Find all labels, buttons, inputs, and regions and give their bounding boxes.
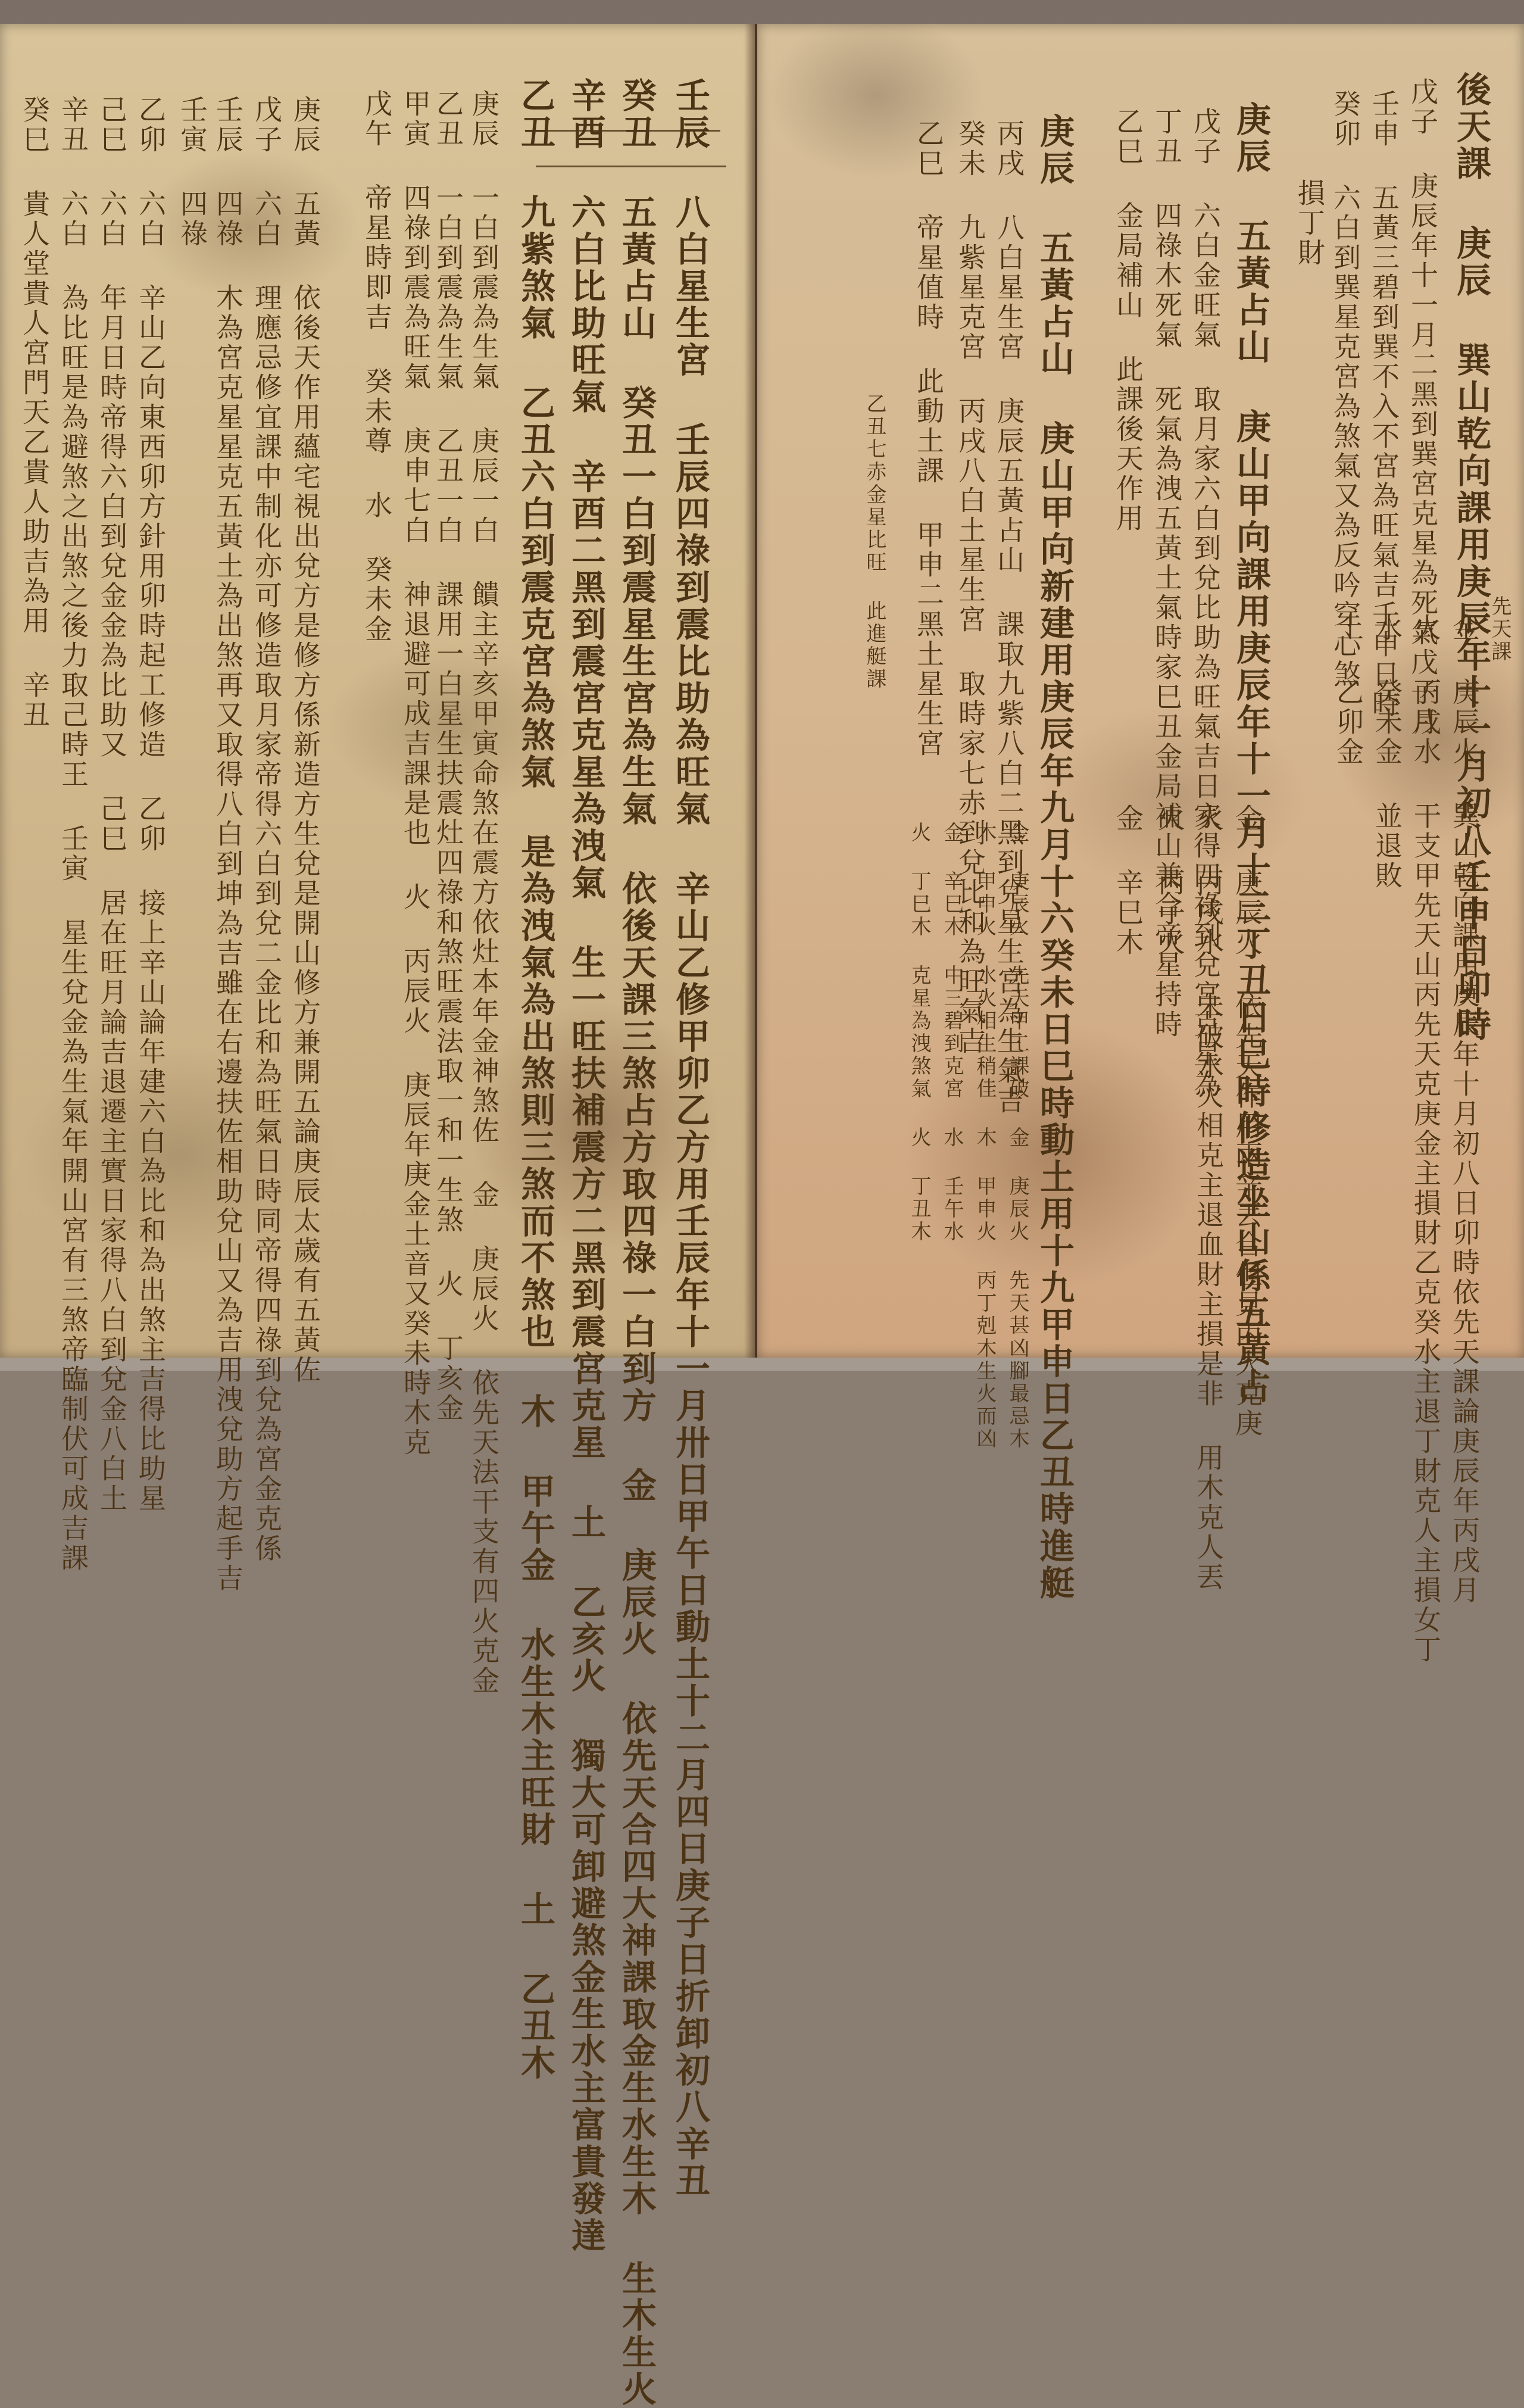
text-column: 火 丙戌水 干支甲先天山丙先天克庚金主損財乙克癸水主退丁財克人主損女丁: [1412, 613, 1439, 1371]
text-column: 金 庚辰火 巽山乾向課用庚辰年十月初八日卯時依先天課論庚辰年丙戌月: [1451, 613, 1478, 1371]
text-column: 甲寅 四祿到震為旺氣 庚申七白 神退避可成吉課是也 火 丙辰火 庚辰年庚金土音又…: [402, 89, 429, 1371]
text-column: 火 丙子火: [1156, 804, 1183, 957]
text-column: 己巳 六白 年月日時帝得六白到兌金金為比助又 己巳 居在旺月論吉退遷主實日家得八…: [98, 95, 126, 1371]
text-column: 金 庚辰火 先天甲工課破 金 庚辰火 先天甚凶腳最忌木: [1007, 822, 1028, 1371]
text-column: 水 癸未金 並退敗: [1373, 613, 1401, 891]
text-column: 辛丑 六白 為比旺是為避煞之出煞之後力取己時王 壬寅 星生兌金為生氣年開山宮有三…: [60, 95, 87, 1371]
text-column: 壬辰 四祿 木為宮克星星克五黃土為出煞再又取得八白到坤為吉雖在右邊扶佐相助兌山又…: [214, 95, 242, 1371]
text-column: 乙丑七赤金星比旺 此進艇課: [864, 393, 885, 691]
text-column: 庚辰 五黃占山 庚山甲向新建用庚辰年九月十六癸未日巳時動土用十九甲申日乙丑時進艇: [1037, 113, 1072, 1371]
text-column: 壬辰 八白星生宮 壬辰四祿到震比助為旺氣 辛山乙修甲卯乙方用壬辰年十一月卅日甲午…: [673, 77, 707, 1371]
text-column: 癸巳 貴人堂貴人宮門天乙貴人助吉為用 辛丑: [21, 95, 48, 730]
text-column: 金 辛巳木: [1114, 804, 1142, 957]
text-column: 金 庚辰火 依先天作用兩辛丟合但見丙火克庚: [1233, 804, 1261, 1371]
strikethrough-line: [536, 130, 720, 132]
text-column: 辛酉 六白比助旺氣 辛酉二黑到震宮克星為洩氣 生一旺扶補震方二黑到震宮克星 土 …: [569, 77, 603, 1371]
text-column: 戊午 帝星時即吉 癸未尊 水 癸未金: [363, 89, 391, 644]
text-column: 庚辰 一白到震為生氣 庚辰一白 饋主辛亥甲寅命煞在震方依灶本年金神煞佐 金 庚辰…: [470, 89, 498, 1371]
manuscript-spread: 壬辰 八白星生宮 壬辰四祿到震比助為旺氣 辛山乙修甲卯乙方用壬辰年十一月卅日甲午…: [0, 0, 1524, 1371]
text-column: 乙巳 金局補山 此課後天作用: [1114, 107, 1142, 534]
text-column: 乙丑 九紫煞氣 乙丑六白到震克宮為煞氣 是為洩氣為出煞則三煞而不煞也 木 甲午金…: [518, 77, 552, 1371]
text-column: 損丁財: [1296, 179, 1323, 268]
text-column: 火 丁巳木 克星為洩煞氣 火 丁丑木: [909, 822, 929, 1243]
left-page: 壬辰 八白星生宮 壬辰四祿到震比助為旺氣 辛山乙修甲卯乙方用壬辰年十一月卅日甲午…: [0, 24, 757, 1358]
text-column: 土 乙卯金: [1335, 613, 1362, 767]
text-column: 癸丑 五黃占山 癸丑一白到震星生宮為生氣 依後天課三煞占方取四祿一白到方 金 庚…: [619, 77, 654, 1371]
section-title: 先天課: [1489, 595, 1510, 663]
text-column: 木 甲申火 水火相生稍佳 木 甲申火 丙丁剋木生火而凶: [975, 822, 995, 1371]
text-column: 乙巳 帝星值時 此動土課 甲申二黑土星生宮: [915, 119, 942, 759]
text-column: 戊子 六白 理應忌修宜課中制化亦可修造取月家帝得六白到兌二金比和為旺氣日時同帝得…: [253, 95, 280, 1371]
text-column: 壬寅 四祿: [179, 95, 206, 249]
text-column: 庚辰 五黃 依後天作用蘊宅視出兌方是修方係新造方生兌是開山修方兼開五論庚辰太歲有…: [292, 95, 319, 1371]
text-column: 癸卯 六白到巽星克宮為煞氣又為反吟穿心煞: [1332, 89, 1359, 690]
text-column: 金 辛巳木 中三碧到克宮 水 壬午水: [942, 822, 962, 1243]
text-column: 火 丙戌水 未破水火相克主退血財主損是非 用木克人丟: [1195, 804, 1222, 1371]
text-column: 乙丑 一白到震為生氣 乙丑一白 課用一白星生扶震灶四祿和煞旺震法取一和一生煞 火…: [435, 89, 462, 1371]
right-page: 後天課 庚辰 巽山乾向課用庚辰年十一月初八壬申日卯時 戊子 庚辰年十一月二黑到巽…: [757, 24, 1524, 1358]
text-column: 乙卯 六白 辛山乙向東西卯方針用卯時起工修造 乙卯 接上辛山論年建六白為比和為出…: [137, 95, 164, 1371]
strikethrough-line: [536, 166, 726, 167]
